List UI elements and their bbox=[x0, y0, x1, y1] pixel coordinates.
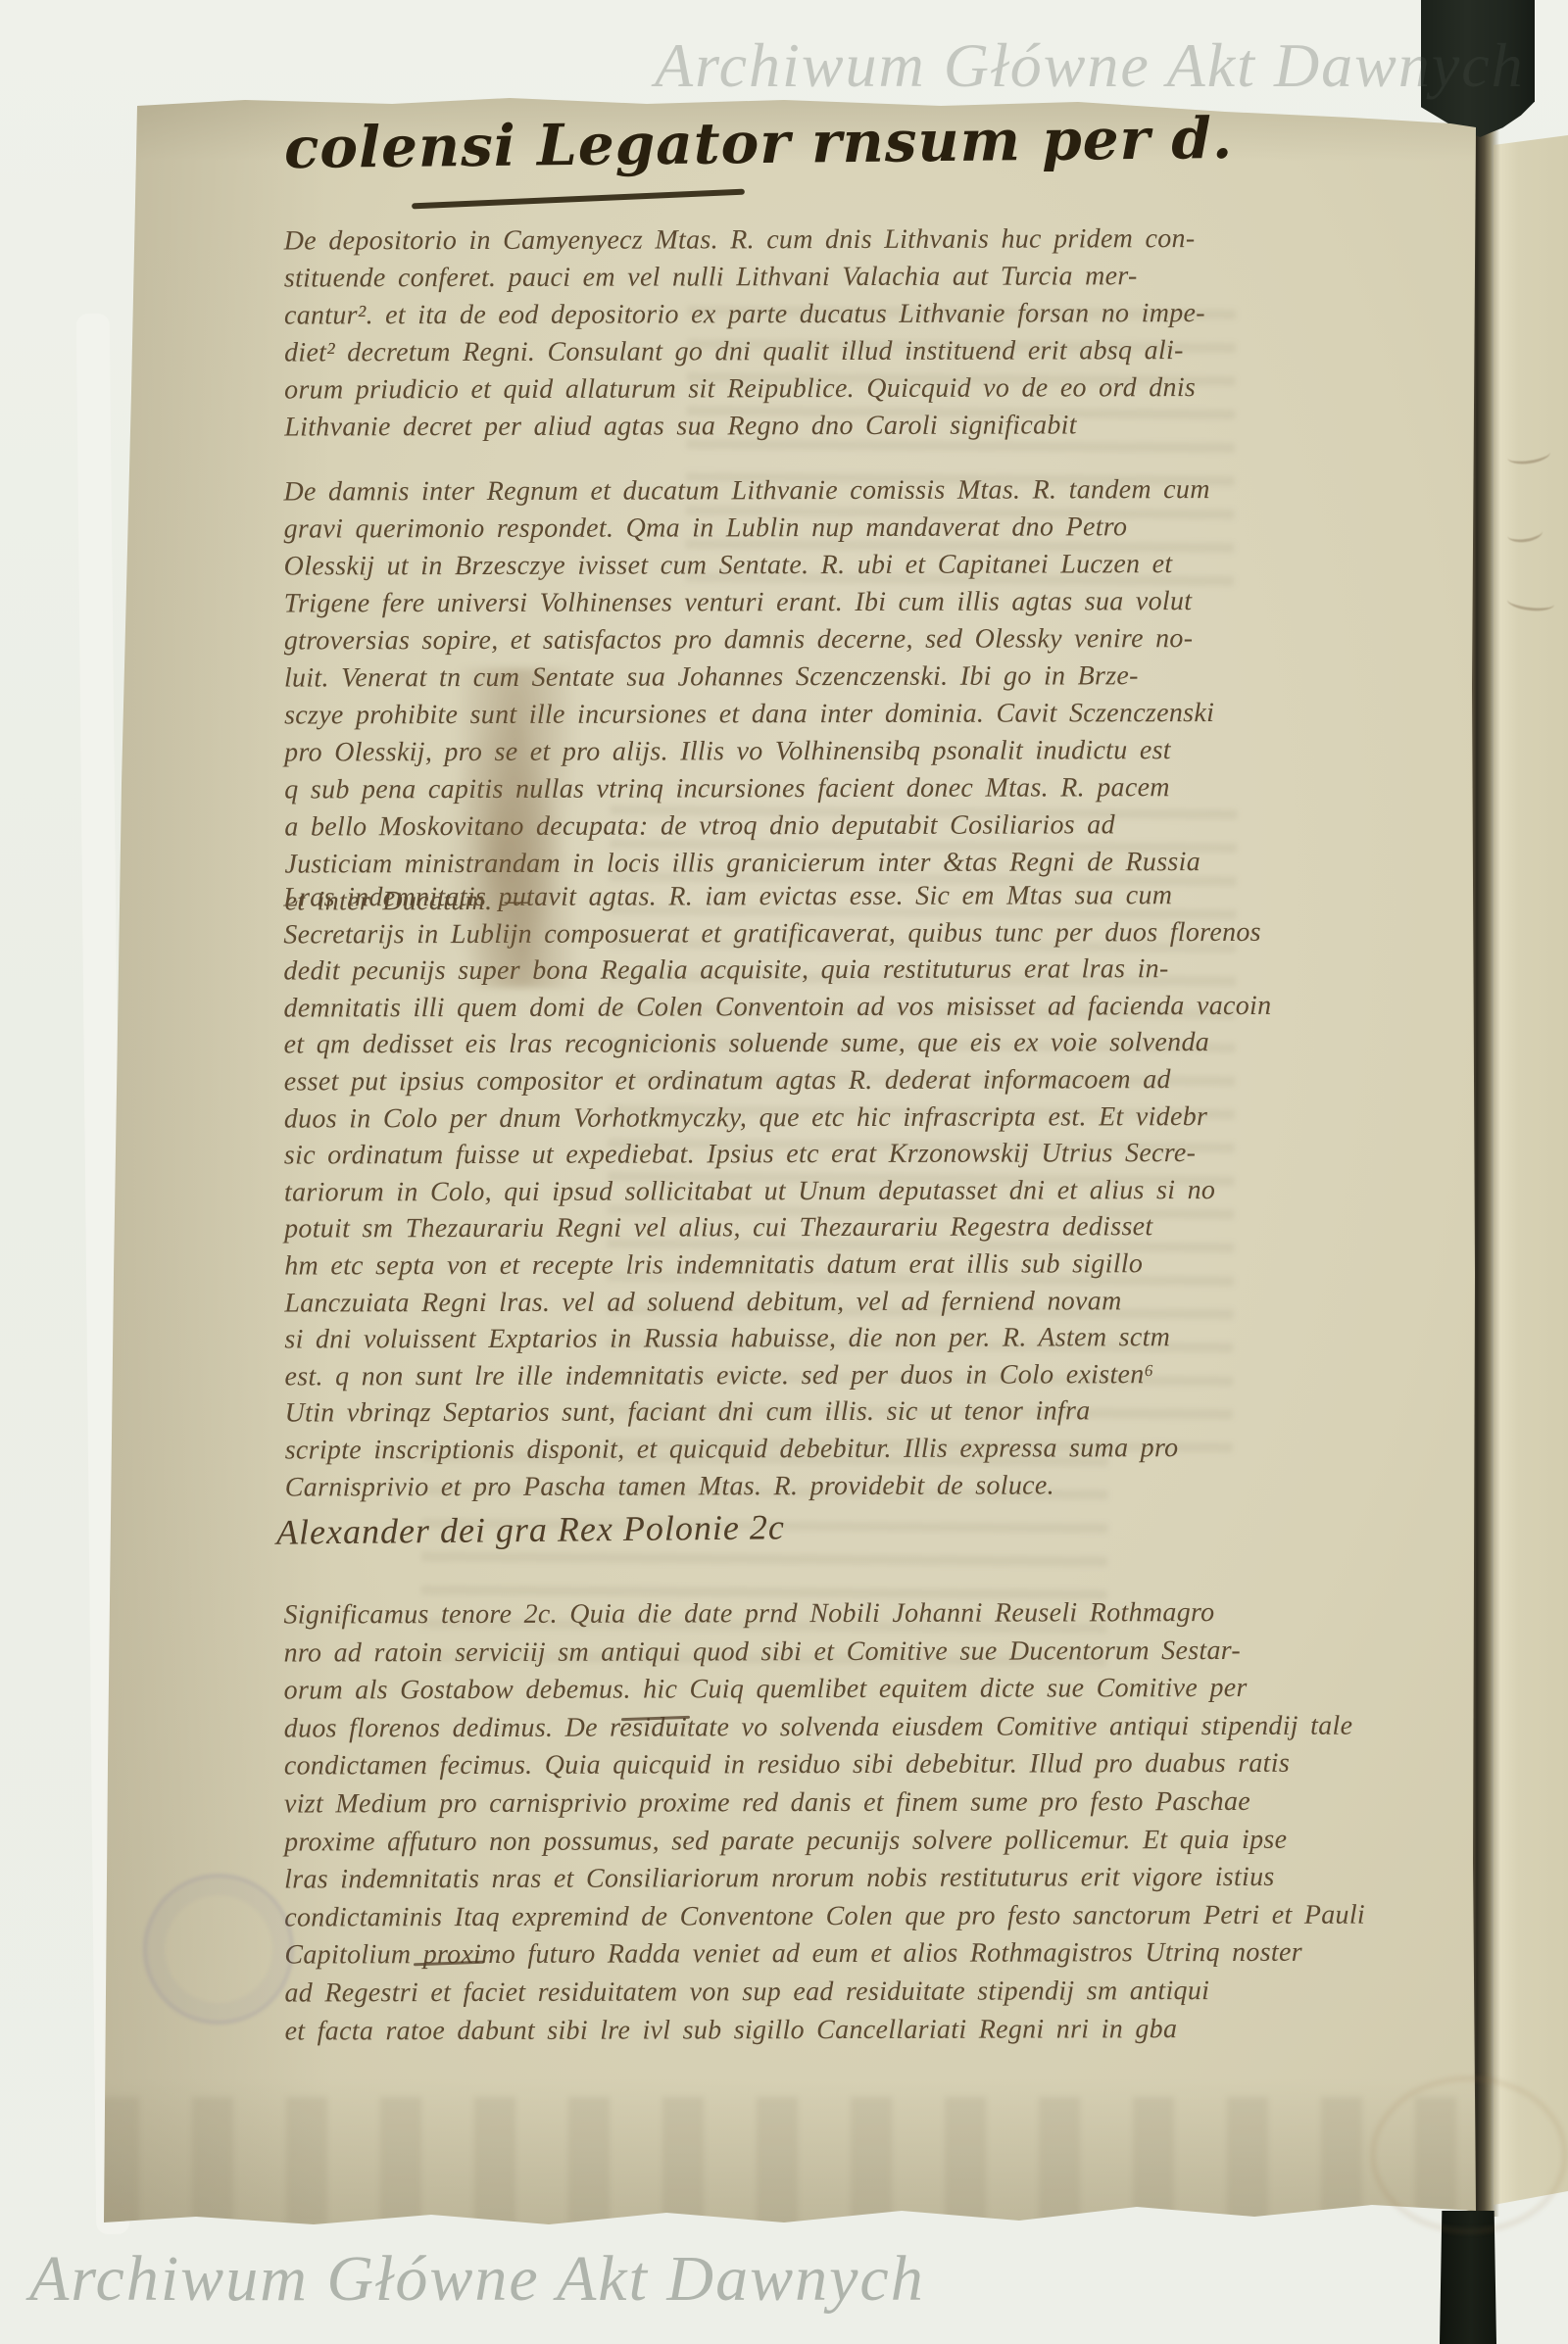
manuscript-line: Capitolium proximo futuro Radda veniet a… bbox=[284, 1934, 1421, 1976]
manuscript-line: et facta ratoe dabunt sibi lre ivl sub s… bbox=[285, 2010, 1422, 2051]
manuscript-line: lras indemnitatis nras et Consiliariorum… bbox=[284, 1859, 1421, 1900]
page-title: colensi Legator rnsum per d. bbox=[284, 105, 1234, 181]
manuscript-line: dedit pecunijs super bona Regalia acquis… bbox=[283, 951, 1420, 991]
facing-page-edge bbox=[1494, 135, 1568, 2215]
paragraph-damnis: De damnis inter Regnum et ducatum Lithva… bbox=[283, 470, 1421, 920]
manuscript-line: Olesskij ut in Brzesczye ivisset cum Sen… bbox=[284, 545, 1421, 585]
manuscript-line: condictaminis Itaq expremind de Convento… bbox=[284, 1896, 1421, 1937]
archival-stamp bbox=[143, 1874, 294, 2025]
manuscript-line: est. q non sunt lre ille indemnitatis ev… bbox=[284, 1355, 1421, 1395]
manuscript-line: demnitatis illi quem domi de Colen Conve… bbox=[283, 987, 1420, 1027]
bleedthrough-mark bbox=[1506, 523, 1543, 545]
manuscript-line: stituende conferet. pauci em vel nulli L… bbox=[284, 257, 1421, 297]
binding-ribbon-bottom bbox=[1440, 2211, 1496, 2344]
watermark-top: Archiwum Główne Akt Dawnych bbox=[655, 29, 1525, 102]
bleedthrough-mark bbox=[1506, 592, 1555, 613]
manuscript-line: nro ad ratoin serviciij sm antiqui quod … bbox=[283, 1632, 1420, 1673]
manuscript-line: Trigene fere universi Volhinenses ventur… bbox=[284, 582, 1421, 622]
manuscript-line: Significamus tenore 2c. Quia die date pr… bbox=[283, 1593, 1420, 1635]
manuscript-line: Secretarijs in Lublijn composuerat et gr… bbox=[283, 913, 1420, 953]
title-flourish bbox=[412, 189, 745, 210]
manuscript-line: orum priudicio et quid allaturum sit Rei… bbox=[284, 368, 1421, 409]
royal-heading: Alexander dei gra Rex Polonie 2c bbox=[276, 1506, 785, 1552]
paragraph-indemnitatis: Lras indemnitatis putavit agtas. R. iam … bbox=[283, 876, 1422, 1505]
manuscript-line: De damnis inter Regnum et ducatum Lithva… bbox=[283, 470, 1420, 511]
manuscript-line: duos in Colo per dnum Vorhotkmyczky, que… bbox=[284, 1098, 1421, 1138]
manuscript-line: gtroversias sopire, et satisfactos pro d… bbox=[284, 619, 1421, 659]
manuscript-line: tariorum in Colo, qui ipsud sollicitabat… bbox=[284, 1171, 1421, 1211]
manuscript-line: vizt Medium pro carnisprivio proxime red… bbox=[284, 1782, 1421, 1824]
archive-scan: { "archive_watermark": { "top_text": "Ar… bbox=[0, 0, 1568, 2344]
paragraph-significamus: Significamus tenore 2c. Quia die date pr… bbox=[283, 1593, 1421, 2050]
manuscript-line: orum als Gostabow debemus. hic Cuiq quem… bbox=[284, 1670, 1421, 1711]
manuscript-line: q sub pena capitis nullas vtrinq incursi… bbox=[284, 768, 1421, 808]
manuscript-line: et qm dedisset eis lras recognicionis so… bbox=[284, 1024, 1421, 1064]
manuscript-line: diet² decretum Regni. Consulant go dni q… bbox=[284, 331, 1421, 371]
manuscript-line: Lras indemnitatis putavit agtas. R. iam … bbox=[283, 876, 1420, 916]
watermark-bottom: Archiwum Główne Akt Dawnych bbox=[29, 2242, 925, 2317]
manuscript-line: a bello Moskovitano decupata: de vtroq d… bbox=[284, 806, 1421, 846]
manuscript-line: Lanczuiata Regni lras. vel ad soluend de… bbox=[284, 1282, 1421, 1322]
manuscript-line: condictamen fecimus. Quia quicquid in re… bbox=[284, 1745, 1421, 1786]
manuscript-line: Utin vbrinqz Septarios sunt, faciant dni… bbox=[285, 1392, 1422, 1433]
manuscript-line: proxime affuturo non possumus, sed parat… bbox=[284, 1821, 1421, 1862]
manuscript-line: pro Olesskij, pro se et pro alijs. Illis… bbox=[284, 731, 1421, 771]
manuscript-line: si dni voluissent Exptarios in Russia ha… bbox=[284, 1319, 1421, 1359]
manuscript-line: luit. Venerat tn cum Sentate sua Johanne… bbox=[284, 657, 1421, 697]
paragraph-depositorio: De depositorio in Camyenyecz Mtas. R. cu… bbox=[284, 220, 1422, 446]
manuscript-page: colensi Legator rnsum per d. De deposito… bbox=[98, 98, 1476, 2224]
manuscript-line: gravi querimonio respondet. Qma in Lubli… bbox=[284, 508, 1421, 548]
manuscript-line: hm etc septa von et recepte lris indemni… bbox=[284, 1245, 1421, 1285]
manuscript-line: ad Regestri et faciet residuitatem von s… bbox=[284, 1972, 1421, 2013]
manuscript-line: potuit sm Thezaurariu Regni vel alius, c… bbox=[284, 1208, 1421, 1248]
bleedthrough-mark bbox=[1506, 444, 1551, 466]
manuscript-line: sczye prohibite sunt ille incursiones et… bbox=[284, 694, 1421, 734]
manuscript-line: scripte inscriptionis disponit, et quicq… bbox=[285, 1429, 1422, 1469]
manuscript-line: sic ordinatum fuisse ut expediebat. Ipsi… bbox=[284, 1135, 1421, 1175]
manuscript-line: Carnisprivio et pro Pascha tamen Mtas. R… bbox=[285, 1466, 1422, 1506]
manuscript-line: De depositorio in Camyenyecz Mtas. R. cu… bbox=[284, 220, 1421, 260]
manuscript-line: esset put ipsius compositor et ordinatum… bbox=[284, 1060, 1421, 1100]
manuscript-line: Lithvanie decret per aliud agtas sua Reg… bbox=[284, 406, 1421, 446]
manuscript-line: duos florenos dedimus. De residuitate vo… bbox=[284, 1707, 1421, 1748]
manuscript-line: cantur². et ita de eod depositorio ex pa… bbox=[284, 294, 1421, 334]
binding-ribbon-top bbox=[1421, 0, 1535, 137]
